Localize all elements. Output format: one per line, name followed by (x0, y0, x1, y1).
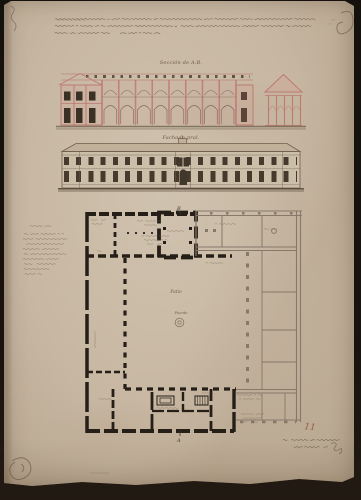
handwriting-line (215, 224, 236, 225)
stair-block (195, 396, 208, 405)
flourish-bottom-left (10, 458, 31, 480)
rect-mark (189, 227, 192, 230)
handwriting-line (243, 418, 262, 419)
elevation-balcony-window (177, 158, 183, 167)
plan-new-walls-black (86, 212, 236, 433)
handwriting-line (94, 331, 95, 348)
section-marker-a: A (176, 438, 181, 444)
handwriting-line (241, 414, 264, 415)
rect-mark (226, 212, 229, 215)
rect-mark (213, 229, 216, 232)
elevation-main-door (180, 169, 188, 185)
fountain-label: Fuente (174, 311, 188, 315)
handwriting-line (23, 258, 61, 259)
stair-treads (198, 396, 206, 405)
handwriting-line (25, 273, 46, 274)
handwriting-line (142, 236, 169, 237)
handwriting-line (91, 220, 106, 221)
handwriting-line (206, 263, 223, 264)
handwriting-line (24, 233, 64, 234)
circle-mark (178, 321, 181, 324)
stair-block (157, 396, 174, 405)
path-mark (270, 106, 276, 110)
rect-mark (64, 108, 71, 123)
handwriting-line (90, 473, 109, 474)
handwriting-line (24, 268, 51, 269)
circle-mark (151, 232, 153, 234)
elevation-drawing (58, 136, 304, 193)
section-marker-b: B (176, 206, 181, 212)
handwriting-line (202, 393, 210, 394)
handwriting-line (167, 231, 184, 232)
rect-mark (163, 227, 166, 230)
handwriting-line (147, 244, 162, 245)
section-title: Sección de A.B. (160, 59, 203, 66)
handwriting-line (30, 225, 53, 226)
circle-mark (135, 232, 137, 234)
portico-columns (269, 96, 301, 126)
portico-pediment (265, 75, 302, 93)
page-number: 11 (304, 422, 316, 433)
rect-mark (64, 92, 71, 101)
rect-mark (189, 241, 192, 244)
stair-label-box (160, 398, 171, 403)
rect-mark (290, 212, 293, 215)
elevation-roof (62, 144, 300, 152)
circle-mark (127, 232, 129, 234)
handwriting-line (144, 240, 167, 241)
flourish-top-right (337, 11, 353, 33)
section-right-block (236, 85, 253, 125)
plan-chapel-room (159, 213, 196, 258)
path-mark (278, 106, 284, 110)
circle-mark (175, 318, 184, 327)
handwriting-line (294, 446, 328, 447)
handwriting-line (26, 243, 64, 244)
handwriting-line (283, 439, 340, 440)
handwriting-line (237, 395, 262, 396)
rect-mark (89, 92, 96, 101)
rect-mark (76, 108, 83, 123)
handwriting-line (23, 248, 59, 249)
rect-mark (210, 212, 213, 215)
corner-flourishes (10, 6, 353, 480)
rect-mark (89, 108, 96, 123)
signature-rubric (331, 443, 342, 454)
section-ground-shadow (56, 127, 306, 129)
scanned-drawing-sheet: Sección de A.B. Fachada pral. Patio Fuen… (0, 0, 361, 500)
handwriting-line (55, 32, 160, 33)
section-left-roof (59, 74, 102, 86)
rect-mark (242, 212, 245, 215)
circle-mark (143, 232, 145, 234)
handwriting-line (99, 398, 112, 399)
section-drawing (56, 74, 306, 130)
handwriting-line (24, 263, 55, 264)
elevation-ground-shadow (58, 190, 304, 192)
path-mark (294, 106, 300, 110)
rect-mark (274, 212, 277, 215)
rect-mark (76, 92, 83, 101)
handwriting-line (24, 253, 66, 254)
handwriting-line (239, 399, 260, 400)
handwriting-line (157, 408, 178, 409)
rect-mark (163, 241, 166, 244)
courtyard-label: Patio (169, 289, 182, 295)
fountain (175, 318, 184, 327)
facade-title: Fachada pral. (161, 135, 199, 141)
drawing-layer: Sección de A.B. Fachada pral. Patio Fuen… (0, 0, 361, 500)
elevation-balcony-window (184, 158, 190, 167)
handwriting-line (55, 25, 311, 26)
rect-mark (205, 229, 208, 232)
handwriting-line (55, 18, 320, 19)
floor-plan (86, 211, 302, 437)
handwriting-line (92, 224, 102, 225)
rect-mark (258, 212, 261, 215)
handwriting-line (144, 225, 157, 226)
handwriting-line (97, 251, 101, 252)
handwriting-line (23, 238, 67, 239)
flourish-top-left (11, 6, 16, 31)
path-mark (286, 106, 292, 110)
handwriting-line (137, 220, 160, 221)
